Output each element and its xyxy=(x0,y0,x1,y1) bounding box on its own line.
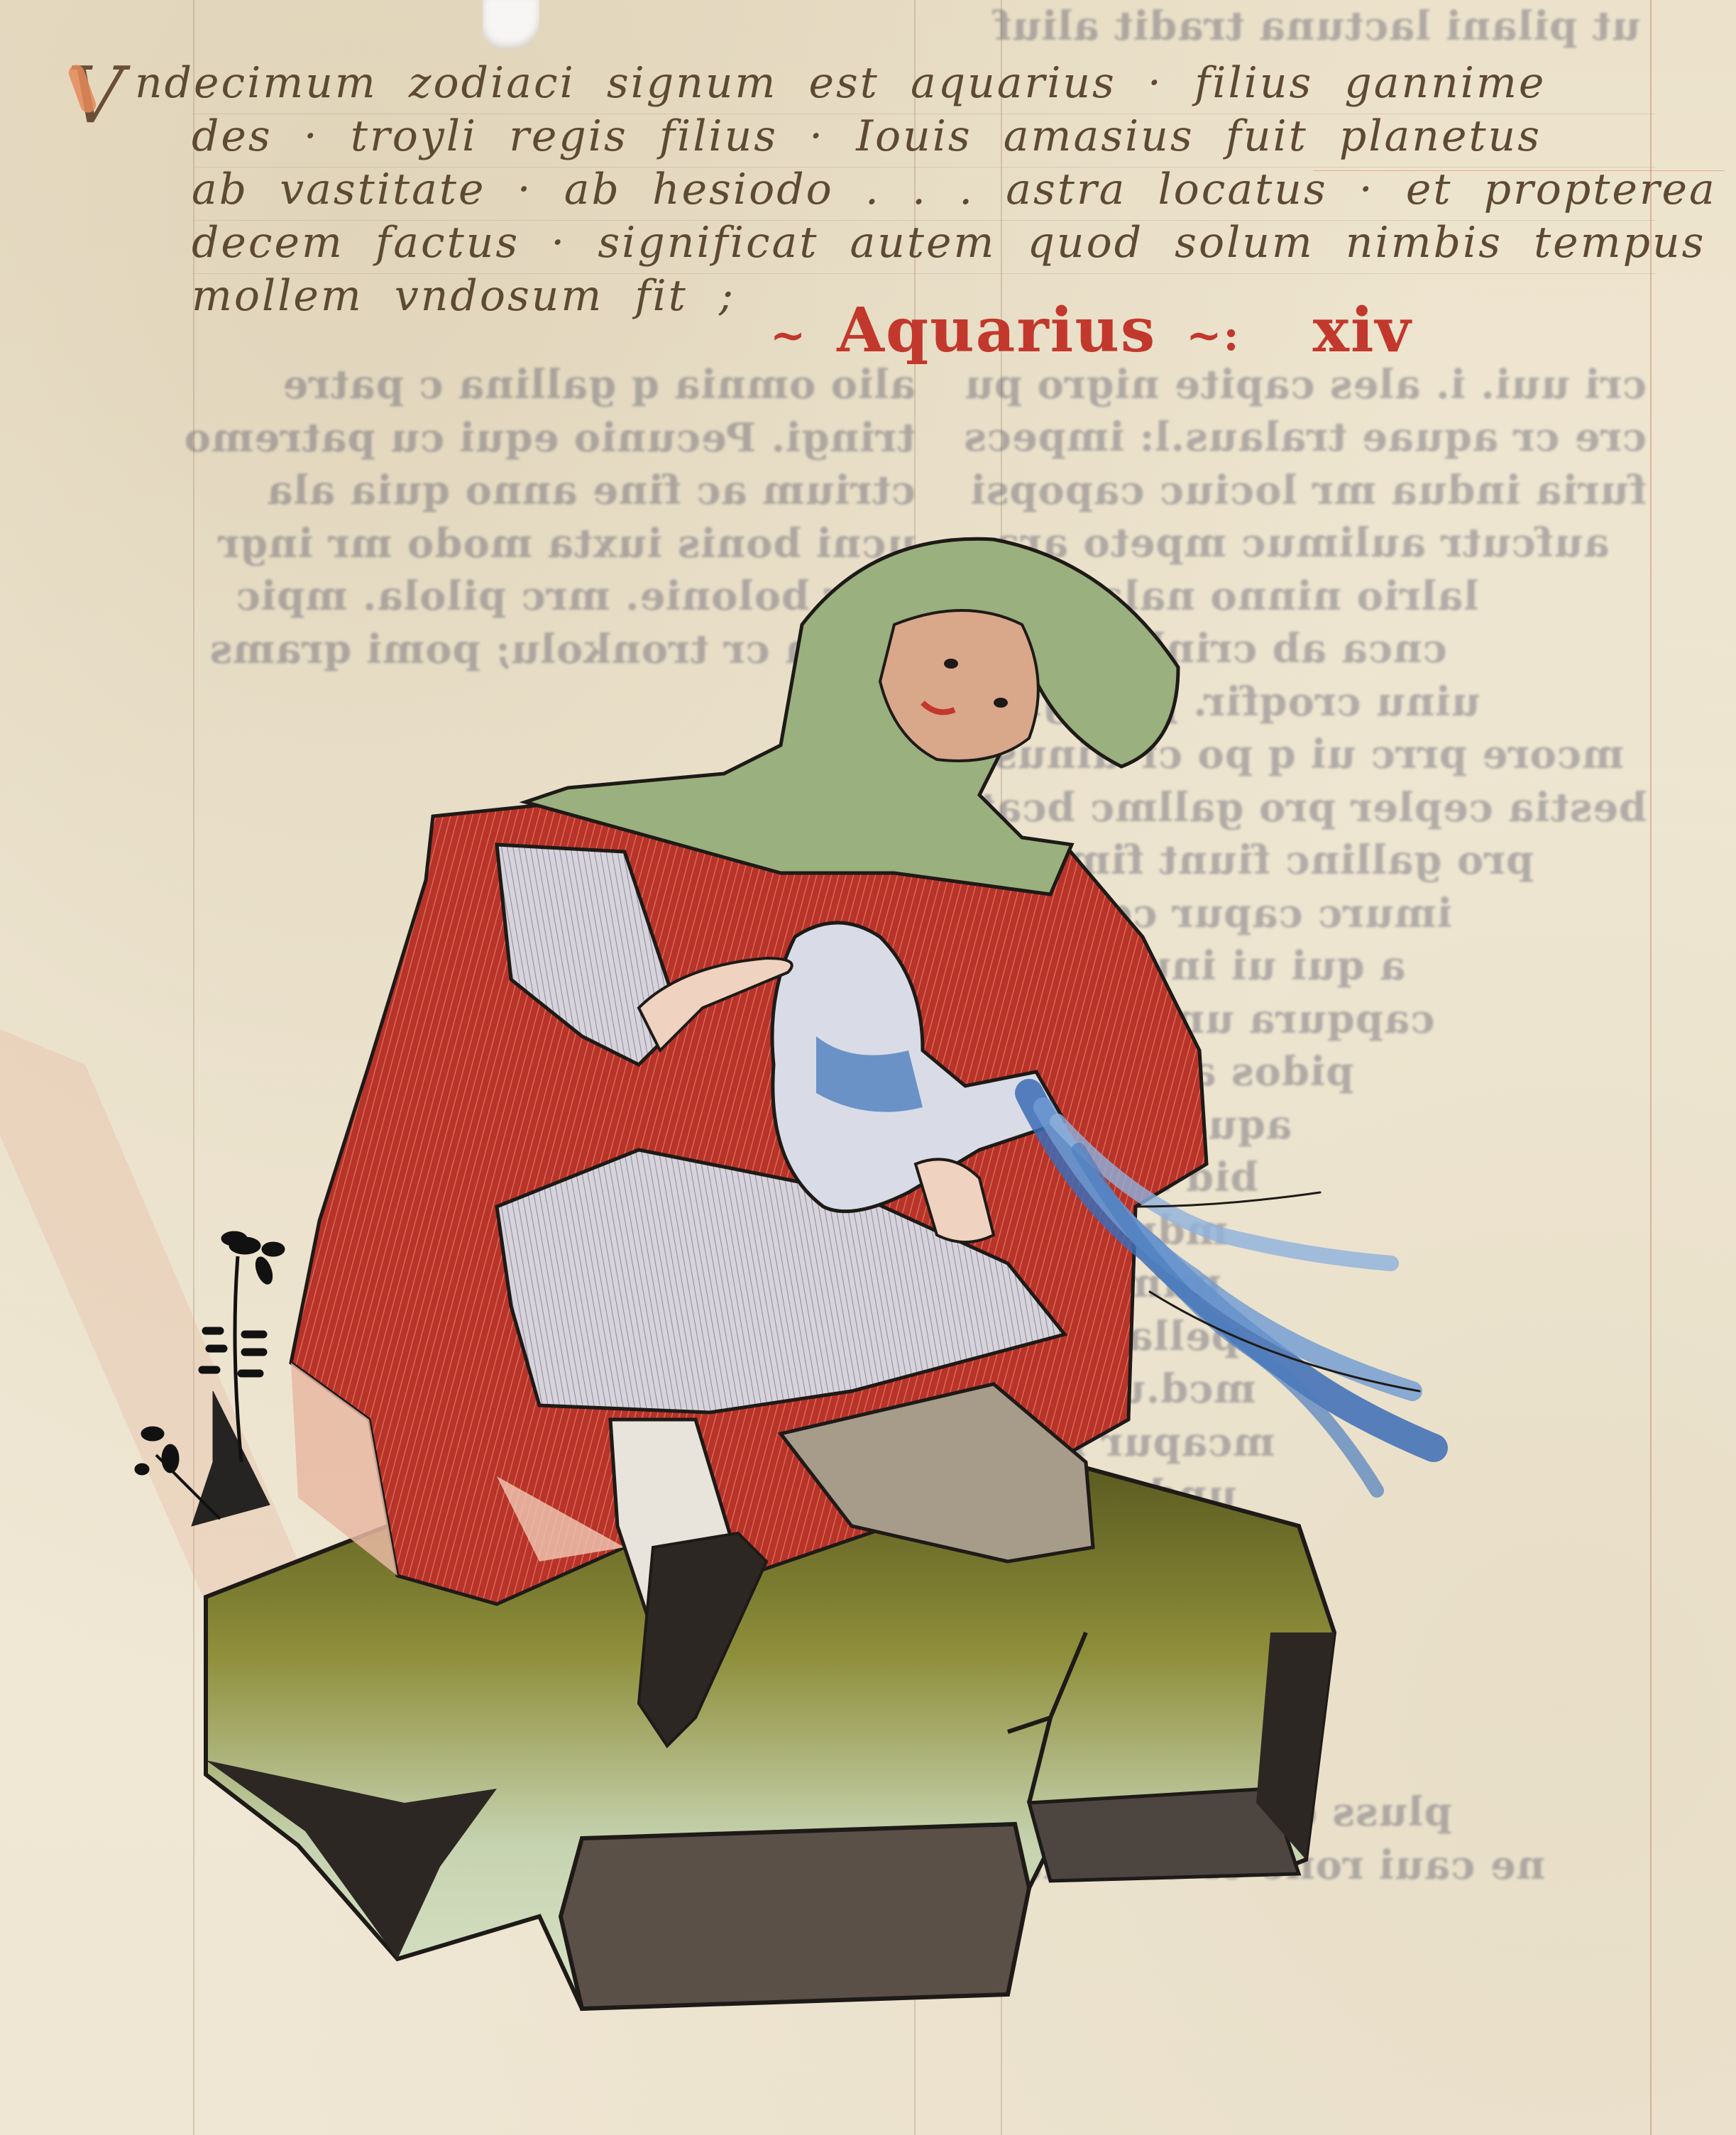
manuscript-page: alio omnia q gallina c patre tringi. Pec… xyxy=(0,0,1736,2135)
eye-icon xyxy=(994,698,1008,708)
aquarius-illustration xyxy=(0,0,1736,2135)
eye-icon xyxy=(944,659,958,669)
